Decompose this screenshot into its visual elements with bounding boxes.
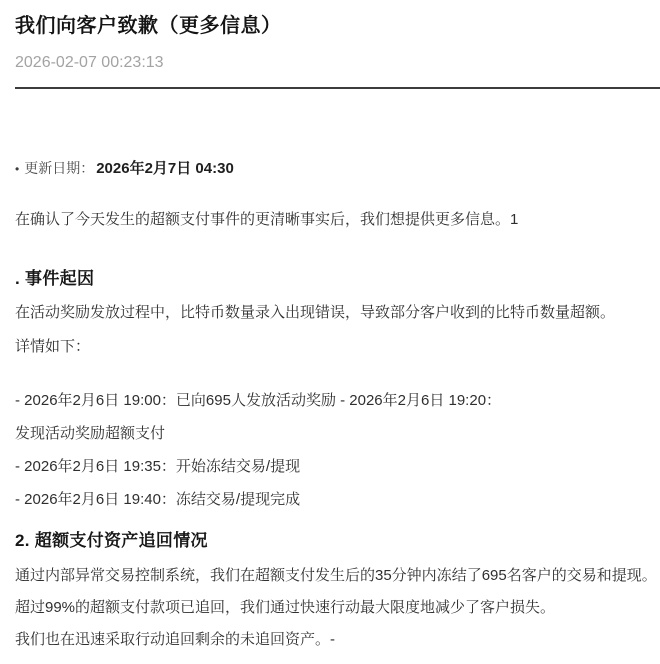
section-heading-cause: . 事件起因 — [15, 267, 656, 291]
timeline-entry: - 2026年2月6日 19:35：开始冻结交易/提现 — [15, 450, 656, 483]
bullet-icon: • — [15, 159, 19, 179]
recovery-paragraph: 我们也在迅速采取行动追回剩余的未追回资产。- — [15, 624, 656, 656]
timeline-entry: - 2026年2月6日 19:00：已向695人发放活动奖励 - 2026年2月… — [15, 384, 656, 417]
cause-paragraph: 在活动奖励发放过程中，比特币数量录入出现错误，导致部分客户收到的比特币数量超额。 — [15, 302, 656, 324]
recovery-paragraph: 超过99%的超额支付款项已追回，我们通过快速行动最大限度地减少了客户损失。 — [15, 592, 656, 624]
publish-timestamp: 2026-02-07 00:23:13 — [15, 53, 656, 73]
update-date-label: 更新日期： — [24, 158, 94, 178]
details-label: 详情如下： — [15, 336, 656, 358]
section-heading-recovery: 2. 超额支付资产追回情况 — [15, 529, 656, 553]
update-date-value: 2026年2月7日 04:30 — [96, 159, 234, 179]
update-date-line: • 更新日期： 2026年2月7日 04:30 — [15, 158, 656, 179]
recovery-paragraph: 通过内部异常交易控制系统，我们在超额支付发生后的35分钟内冻结了695名客户的交… — [15, 560, 656, 592]
notice-document: 我们向客户致歉（更多信息） 2026-02-07 00:23:13 • 更新日期… — [0, 0, 660, 664]
page-title: 我们向客户致歉（更多信息） — [15, 12, 656, 40]
timeline-entry: 发现活动奖励超额支付 — [15, 417, 656, 450]
timeline-entry: - 2026年2月6日 19:40：冻结交易/提现完成 — [15, 483, 656, 516]
incident-timeline: - 2026年2月6日 19:00：已向695人发放活动奖励 - 2026年2月… — [15, 384, 656, 516]
intro-paragraph: 在确认了今天发生的超额支付事件的更清晰事实后，我们想提供更多信息。1 — [15, 209, 656, 231]
recovery-paragraphs: 通过内部异常交易控制系统，我们在超额支付发生后的35分钟内冻结了695名客户的交… — [15, 560, 656, 656]
divider-rule — [15, 87, 660, 89]
